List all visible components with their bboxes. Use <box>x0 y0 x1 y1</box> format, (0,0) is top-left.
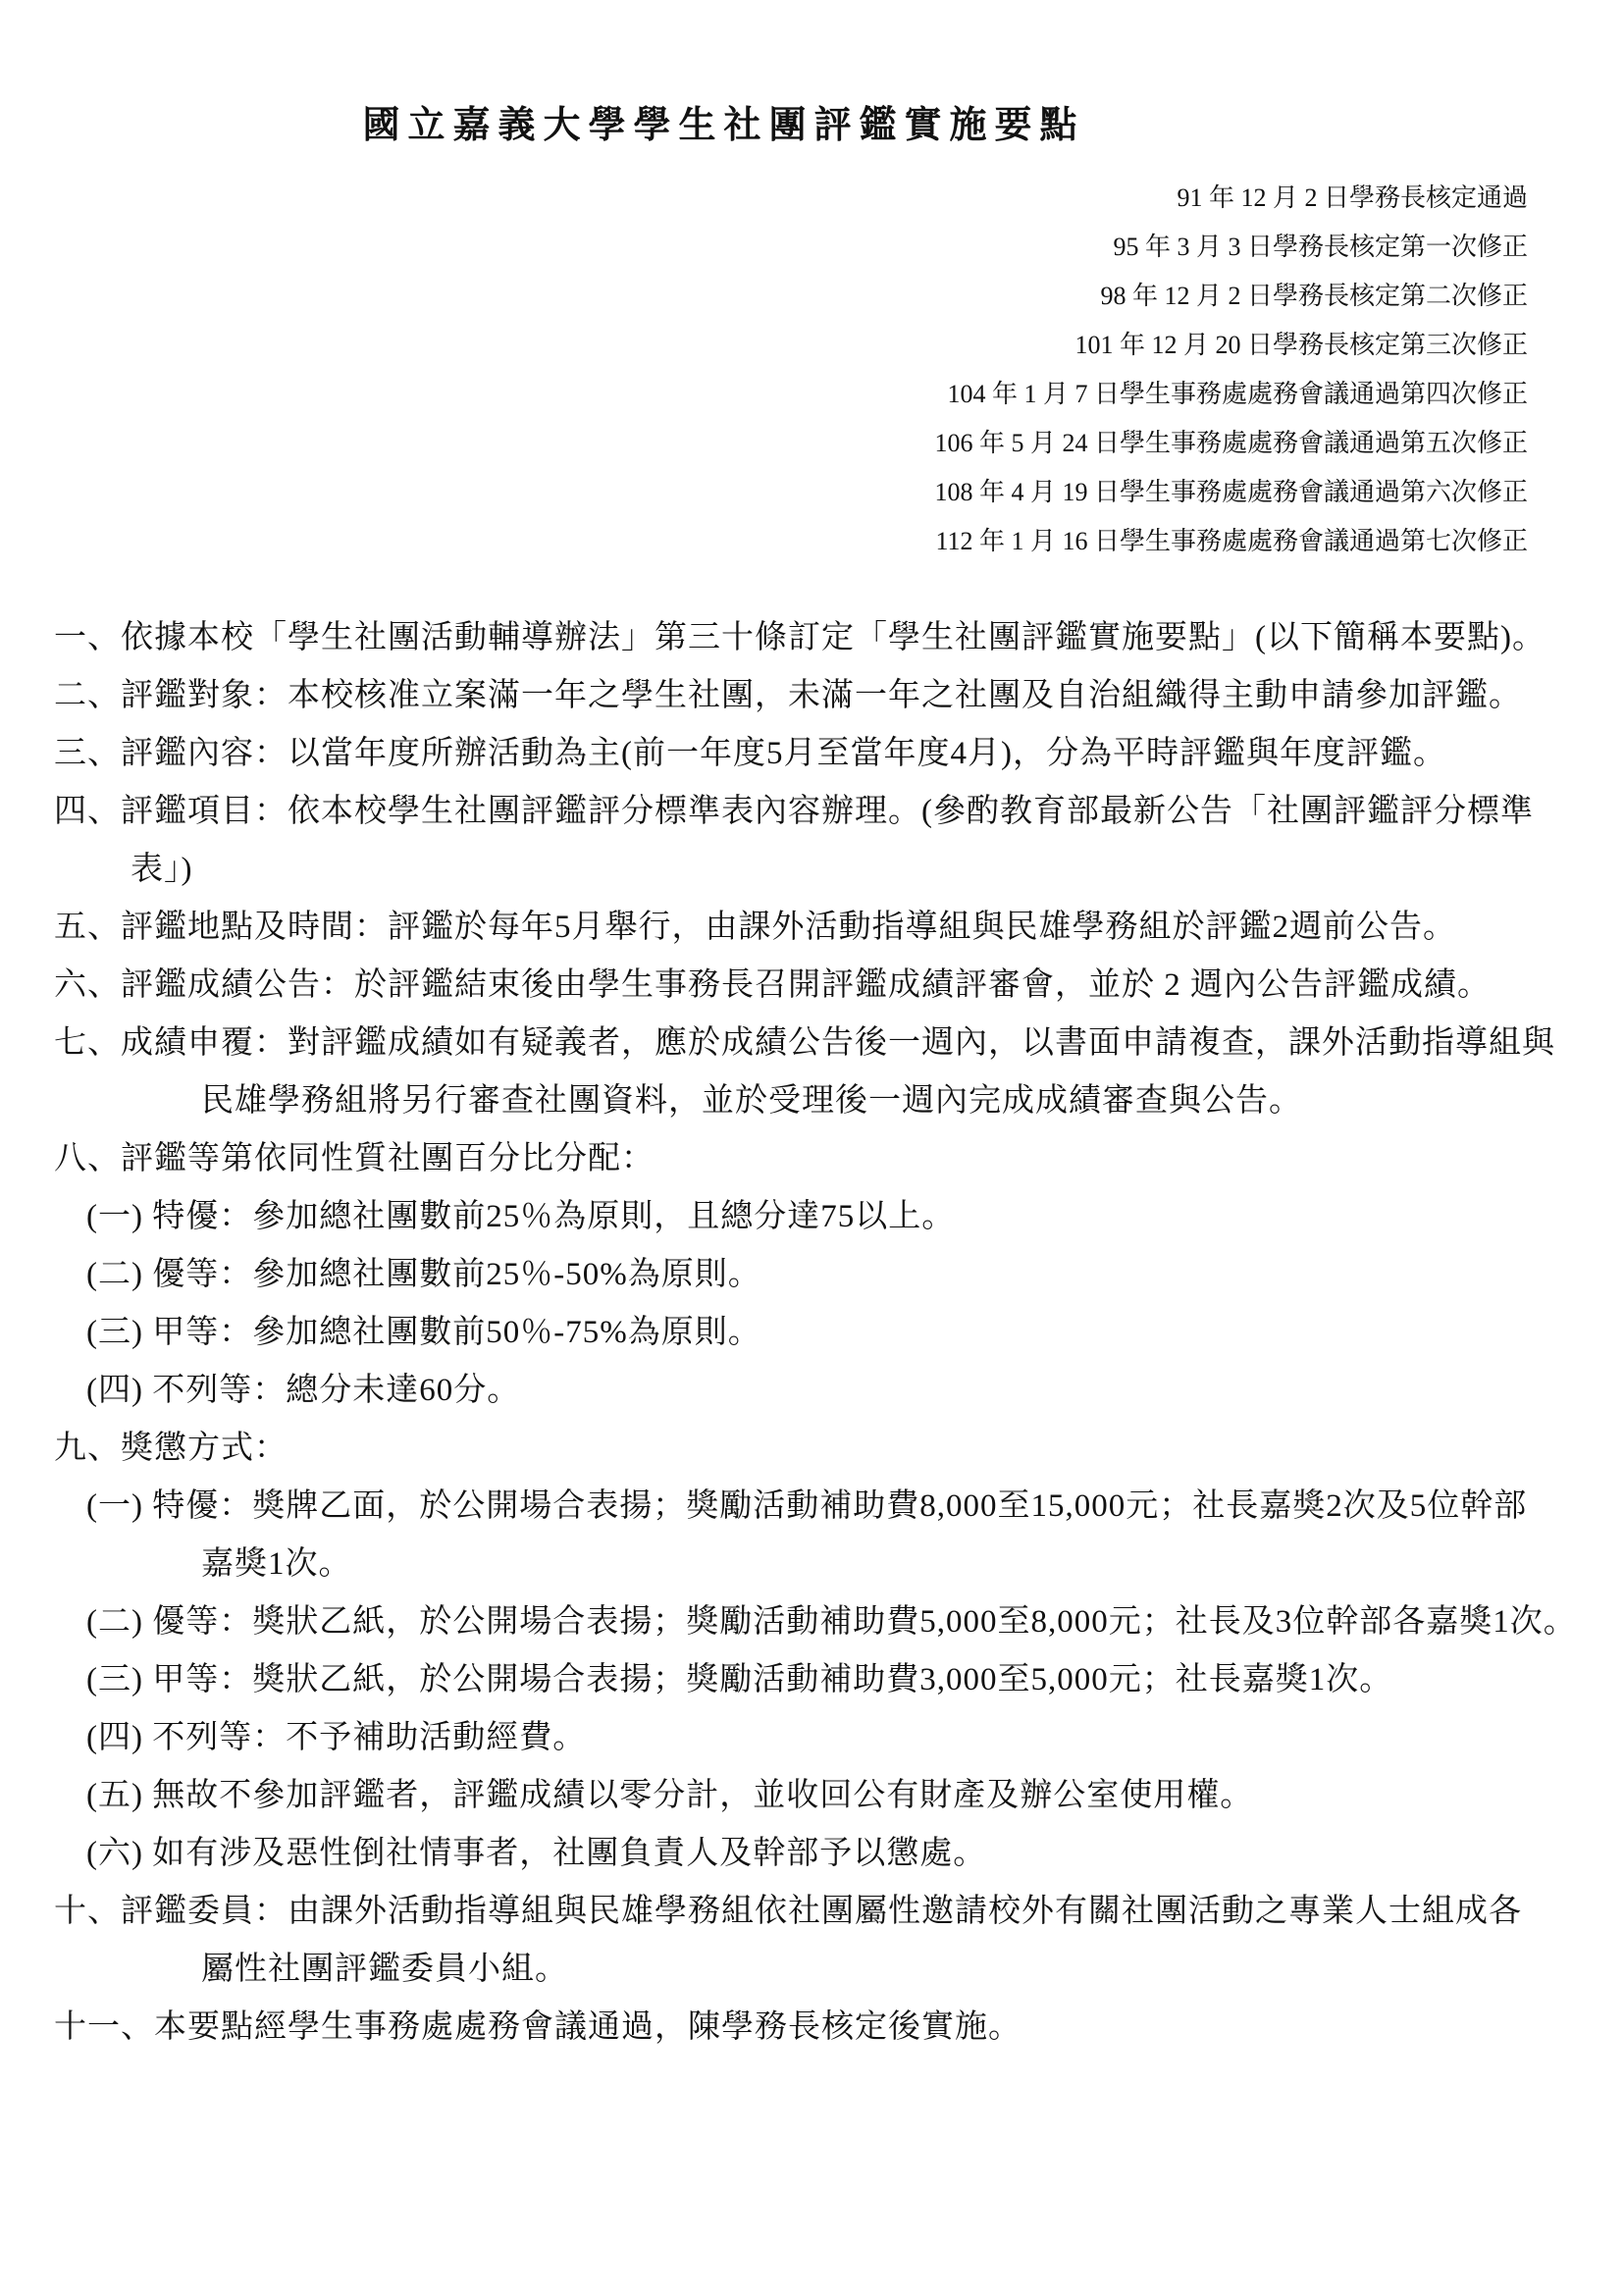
document-line: 六、評鑑成績公告：於評鑑結束後由學生事務長召開評鑑成績評審會，並於 2 週內公告… <box>54 957 1604 1015</box>
document-line: 十、評鑑委員：由課外活動指導組與民雄學務組依社團屬性邀請校外有關社團活動之專業人… <box>54 1883 1604 1941</box>
revision-line: 108 年 4 月 19 日學生事務處處務會議通過第六次修正 <box>0 468 1528 517</box>
document-line: 八、評鑑等第依同性質社團百分比分配： <box>54 1130 1604 1188</box>
document-line: (一) 特優：參加總社團數前25％為原則，且總分達75以上。 <box>54 1188 1604 1246</box>
document-body: 一、依據本校「學生社團活動輔導辦法」第三十條訂定「學生社團評鑑實施要點」(以下簡… <box>0 609 1624 2057</box>
document-line: 一、依據本校「學生社團活動輔導辦法」第三十條訂定「學生社團評鑑實施要點」(以下簡… <box>54 609 1604 667</box>
revision-line: 91 年 12 月 2 日學務長核定通過 <box>0 174 1528 223</box>
document-line: 二、評鑑對象：本校核准立案滿一年之學生社團，未滿一年之社團及自治組織得主動申請參… <box>54 667 1604 725</box>
document-line: (四) 不列等：不予補助活動經費。 <box>54 1709 1604 1767</box>
document-line: (五) 無故不參加評鑑者，評鑑成績以零分計，並收回公有財產及辦公室使用權。 <box>54 1767 1604 1825</box>
revision-line: 98 年 12 月 2 日學務長核定第二次修正 <box>0 272 1528 321</box>
document-page: 國立嘉義大學學生社團評鑑實施要點 91 年 12 月 2 日學務長核定通過95 … <box>0 0 1624 2295</box>
document-line: (三) 甲等：獎狀乙紙，於公開場合表揚；獎勵活動補助費3,000至5,000元；… <box>54 1651 1604 1709</box>
document-line: (四) 不列等：總分未達60分。 <box>54 1362 1604 1420</box>
revision-line: 112 年 1 月 16 日學生事務處處務會議通過第七次修正 <box>0 517 1528 566</box>
revision-line: 104 年 1 月 7 日學生事務處處務會議通過第四次修正 <box>0 370 1528 419</box>
document-line: 五、評鑑地點及時間：評鑑於每年5月舉行，由課外活動指導組與民雄學務組於評鑑2週前… <box>54 899 1604 957</box>
document-line: (三) 甲等：參加總社團數前50％-75%為原則。 <box>54 1304 1604 1362</box>
document-line: 嘉獎1次。 <box>54 1536 1604 1593</box>
document-title: 國立嘉義大學學生社團評鑑實施要點 <box>0 0 1624 148</box>
document-line: 九、獎懲方式： <box>54 1420 1604 1478</box>
document-line: (六) 如有涉及惡性倒社情事者，社團負責人及幹部予以懲處。 <box>54 1825 1604 1883</box>
revision-line: 95 年 3 月 3 日學務長核定第一次修正 <box>0 223 1528 272</box>
document-line: 屬性社團評鑑委員小組。 <box>54 1941 1604 1999</box>
revision-line: 101 年 12 月 20 日學務長核定第三次修正 <box>0 321 1528 370</box>
document-line: 民雄學務組將另行審查社團資料，並於受理後一週內完成成績審查與公告。 <box>54 1072 1604 1130</box>
revision-history: 91 年 12 月 2 日學務長核定通過95 年 3 月 3 日學務長核定第一次… <box>0 174 1624 566</box>
document-line: 四、評鑑項目：依本校學生社團評鑑評分標準表內容辦理。(參酌教育部最新公告「社團評… <box>54 783 1604 841</box>
document-line: 三、評鑑內容：以當年度所辦活動為主(前一年度5月至當年度4月)，分為平時評鑑與年… <box>54 725 1604 783</box>
revision-line: 106 年 5 月 24 日學生事務處處務會議通過第五次修正 <box>0 419 1528 468</box>
document-line: 十一、本要點經學生事務處處務會議通過，陳學務長核定後實施。 <box>54 1999 1604 2057</box>
document-line: (二) 優等：獎狀乙紙，於公開場合表揚；獎勵活動補助費5,000至8,000元；… <box>54 1593 1604 1651</box>
document-line: (一) 特優：獎牌乙面，於公開場合表揚；獎勵活動補助費8,000至15,000元… <box>54 1478 1604 1536</box>
document-line: (二) 優等：參加總社團數前25％-50%為原則。 <box>54 1246 1604 1304</box>
document-line: 七、成績申覆：對評鑑成績如有疑義者，應於成績公告後一週內，以書面申請複查，課外活… <box>54 1015 1604 1072</box>
document-line: 表」) <box>54 841 1604 899</box>
